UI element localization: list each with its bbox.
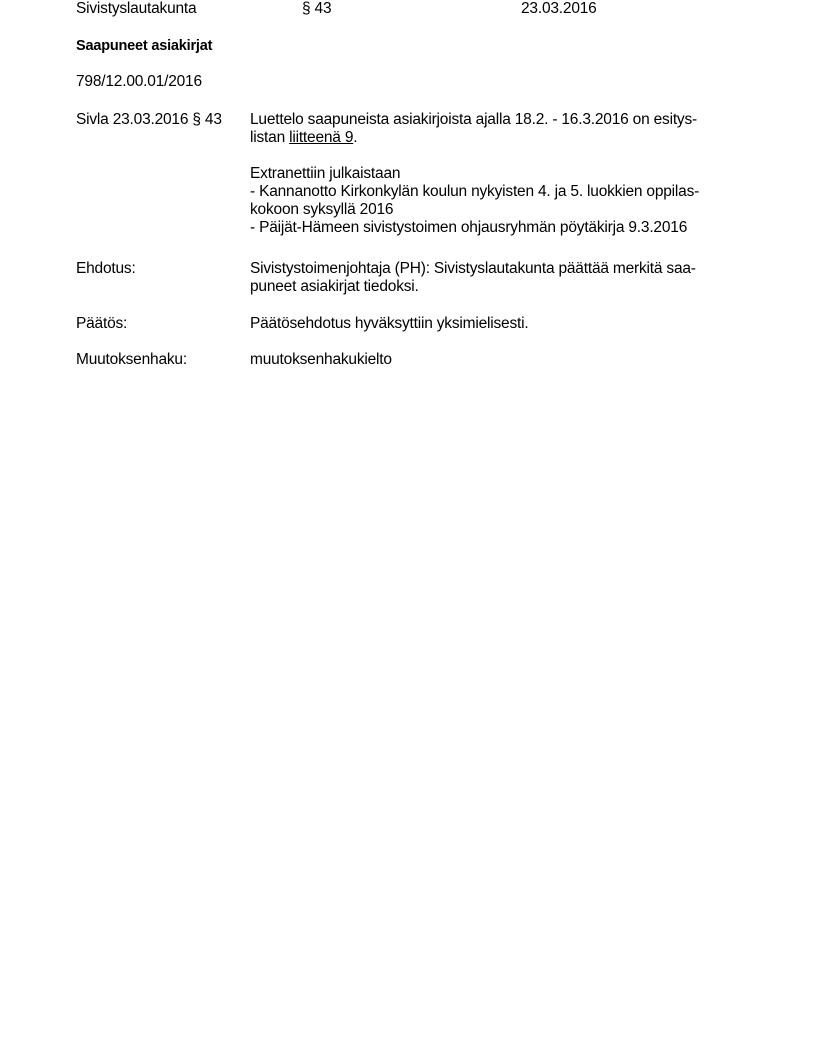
proposal-text-line-2: puneet asiakirjat tiedoksi. (250, 278, 740, 296)
meeting-text-suffix: . (353, 129, 357, 146)
published-item: kokoon syksyllä 2016 (250, 201, 740, 219)
decision-text: Päätösehdotus hyväksyttiin yksimielisest… (250, 315, 740, 333)
decision-content: Päätösehdotus hyväksyttiin yksimielisest… (250, 315, 740, 333)
document-number: 798/12.00.01/2016 (76, 73, 202, 91)
published-item: - Päijät-Hämeen sivistystoimen ohjausryh… (250, 219, 740, 237)
appeal-label: Muutoksenhaku: (76, 351, 187, 369)
decision-label: Päätös: (76, 315, 127, 333)
document-title: Saapuneet asiakirjat (76, 37, 212, 55)
meeting-text-line-2: listan liitteenä 9. (250, 129, 740, 147)
appeal-text: muutoksenhakukielto (250, 351, 740, 369)
proposal-text-line-1: Sivistystoimenjohtaja (PH): Sivistyslaut… (250, 260, 740, 278)
appeal-content: muutoksenhakukielto (250, 351, 740, 369)
attachment-link[interactable]: liitteenä 9 (289, 129, 353, 146)
published-item: - Kannanotto Kirkonkylän koulun nykyiste… (250, 183, 740, 201)
proposal-content: Sivistystoimenjohtaja (PH): Sivistyslaut… (250, 260, 740, 296)
meeting-content: Luettelo saapuneista asiakirjoista ajall… (250, 111, 740, 237)
proposal-label: Ehdotus: (76, 260, 136, 278)
header-organization: Sivistyslautakunta (76, 0, 196, 18)
header-date: 23.03.2016 (521, 0, 597, 18)
meeting-text-line-1: Luettelo saapuneista asiakirjoista ajall… (250, 111, 740, 129)
meeting-reference-label: Sivla 23.03.2016 § 43 (76, 111, 222, 129)
header-section-number: § 43 (302, 0, 331, 18)
meeting-text-prefix: listan (250, 129, 289, 146)
published-heading: Extranettiin julkaistaan (250, 165, 740, 183)
